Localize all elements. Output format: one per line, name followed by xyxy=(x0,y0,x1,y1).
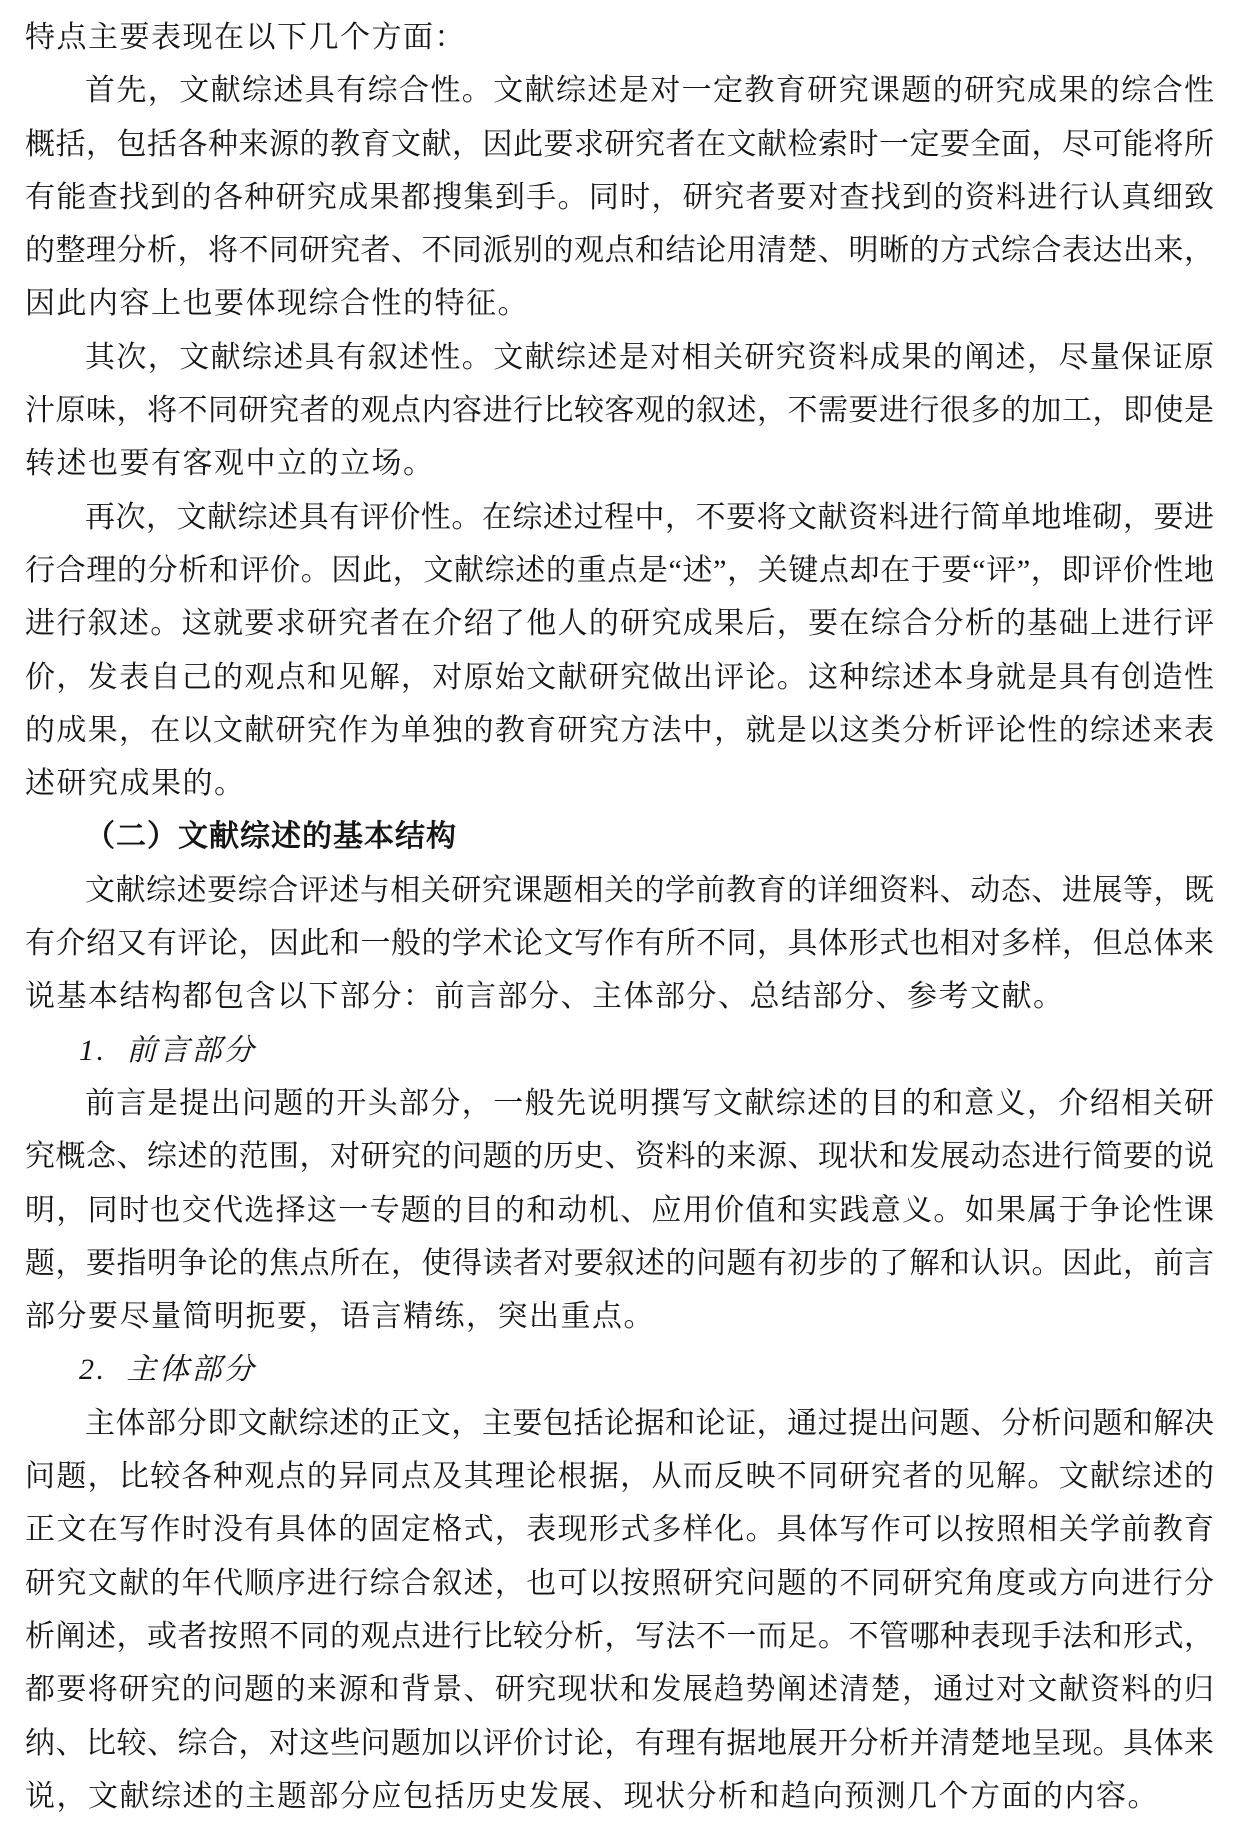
text-line: 其次，文献综述具有叙述性。文献综述是对相关研究资料成果的阐述，尽量保证原 xyxy=(25,331,1214,384)
text-line: 明，同时也交代选择这一专题的目的和动机、应用价值和实践意义。如果属于争论性课 xyxy=(25,1184,1214,1237)
text-line: 研究文献的年代顺序进行综合叙述，也可以按照研究问题的不同研究角度或方向进行分 xyxy=(25,1557,1214,1610)
text-line: 都要将研究的问题的来源和背景、研究现状和发展趋势阐述清楚，通过对文献资料的归 xyxy=(25,1663,1214,1716)
text-line: 的成果，在以文献研究作为单独的教育研究方法中，就是以这类分析评论性的综述来表 xyxy=(25,704,1214,757)
text-line: 有能查找到的各种研究成果都搜集到手。同时，研究者要对查找到的资料进行认真细致 xyxy=(25,171,1214,224)
text-line: 汁原味，将不同研究者的观点内容进行比较客观的叙述，不需要进行很多的加工，即使是 xyxy=(25,384,1214,437)
text-line: 问题，比较各种观点的异同点及其理论根据，从而反映不同研究者的见解。文献综述的 xyxy=(25,1450,1214,1503)
text-line: 说，文献综述的主题部分应包括历史发展、现状分析和趋向预测几个方面的内容。 xyxy=(25,1770,1214,1823)
text-line: 说基本结构都包含以下部分：前言部分、主体部分、总结部分、参考文献。 xyxy=(25,970,1214,1023)
text-line: 转述也要有客观中立的立场。 xyxy=(25,437,1214,490)
text-line: 行合理的分析和评价。因此，文献综述的重点是“述”，关键点却在于要“评”，即评价性… xyxy=(25,544,1214,597)
text-line: 前言是提出问题的开头部分，一般先说明撰写文献综述的目的和意义，介绍相关研 xyxy=(25,1077,1214,1130)
text-line: 述研究成果的。 xyxy=(25,757,1214,810)
text-line: 主体部分即文献综述的正文，主要包括论据和论证，通过提出问题、分析问题和解决 xyxy=(25,1397,1214,1450)
text-line: 特点主要表现在以下几个方面： xyxy=(25,11,1214,64)
text-line: 析阐述，或者按照不同的观点进行比较分析，写法不一而足。不管哪种表现手法和形式， xyxy=(25,1610,1214,1663)
text-line: 概括，包括各种来源的教育文献，因此要求研究者在文献检索时一定要全面，尽可能将所 xyxy=(25,118,1214,171)
text-line: 有介绍又有评论，因此和一般的学术论文写作有所不同，具体形式也相对多样，但总体来 xyxy=(25,917,1214,970)
text-line: 文献综述要综合评述与相关研究课题相关的学前教育的详细资料、动态、进展等，既 xyxy=(25,864,1214,917)
text-line: 正文在写作时没有具体的固定格式，表现形式多样化。具体写作可以按照相关学前教育 xyxy=(25,1503,1214,1556)
text-line: 首先，文献综述具有综合性。文献综述是对一定教育研究课题的研究成果的综合性 xyxy=(25,64,1214,117)
text-line: 部分要尽量简明扼要，语言精练，突出重点。 xyxy=(25,1290,1214,1343)
text-line: 进行叙述。这就要求研究者在介绍了他人的研究成果后，要在综合分析的基础上进行评 xyxy=(25,597,1214,650)
text-line: 题，要指明争论的焦点所在，使得读者对要叙述的问题有初步的了解和认识。因此，前言 xyxy=(25,1237,1214,1290)
subsection-heading: 2. 主体部分 xyxy=(25,1343,1214,1396)
text-line: 价，发表自己的观点和见解，对原始文献研究做出评论。这种综述本身就是具有创造性 xyxy=(25,651,1214,704)
text-line: 究概念、综述的范围，对研究的问题的历史、资料的来源、现状和发展动态进行简要的说 xyxy=(25,1130,1214,1183)
text-line: 再次，文献综述具有评价性。在综述过程中，不要将文献资料进行简单地堆砌，要进 xyxy=(25,491,1214,544)
text-line: 的整理分析，将不同研究者、不同派别的观点和结论用清楚、明晰的方式综合表达出来， xyxy=(25,224,1214,277)
document-page: 特点主要表现在以下几个方面：首先，文献综述具有综合性。文献综述是对一定教育研究课… xyxy=(0,0,1237,1825)
text-line: 因此内容上也要体现综合性的特征。 xyxy=(25,277,1214,330)
subsection-heading: 1. 前言部分 xyxy=(25,1024,1214,1077)
text-line: 纳、比较、综合，对这些问题加以评价讨论，有理有据地展开分析并清楚地呈现。具体来 xyxy=(25,1717,1214,1770)
section-heading: （二）文献综述的基本结构 xyxy=(25,810,1214,863)
text-block: 特点主要表现在以下几个方面：首先，文献综述具有综合性。文献综述是对一定教育研究课… xyxy=(25,11,1214,1823)
